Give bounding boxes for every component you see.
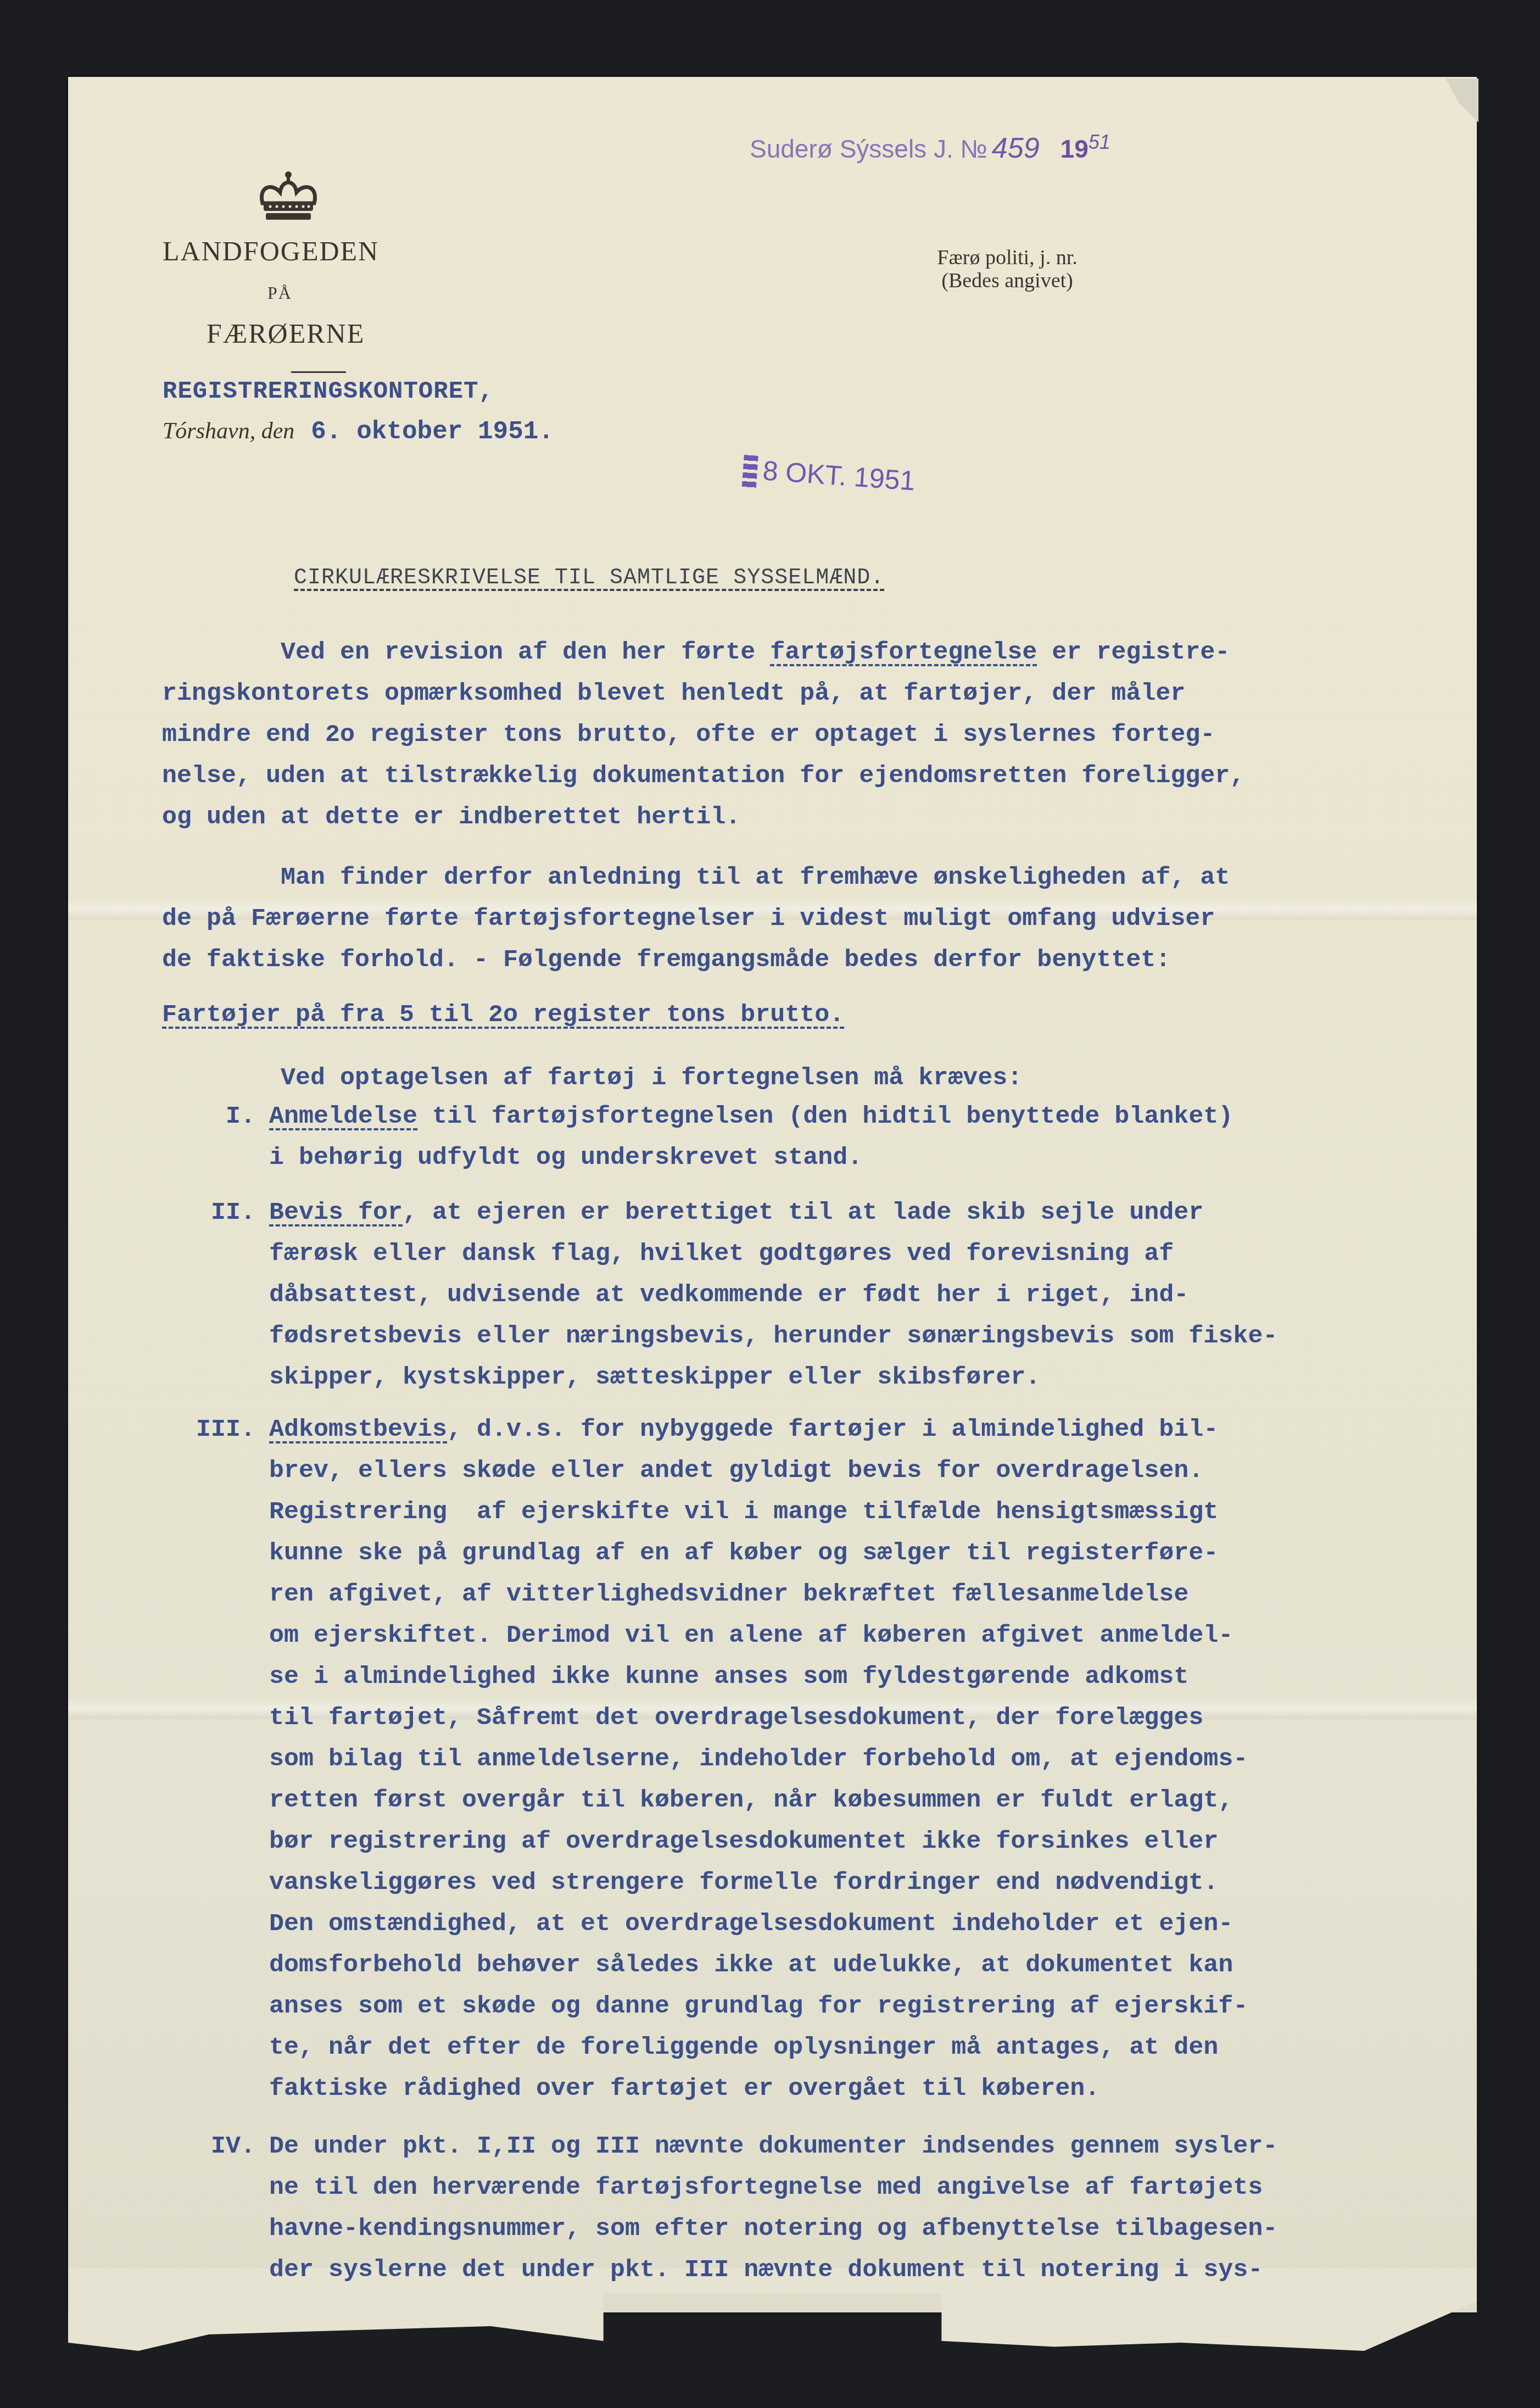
text-line: de på Færøerne førte fartøjsfortegnelser…	[162, 898, 1392, 939]
item-number: III.	[162, 1409, 255, 1450]
letterhead-divider	[291, 371, 346, 373]
item-keyword: Anmeldelse	[269, 1102, 417, 1130]
police-reference: Færø politi, j. nr. (Bedes angivet)	[903, 246, 1112, 292]
letterhead-title: LANDFOGEDEN	[163, 235, 379, 267]
text-line: Bevis for, at ejeren er berettiget til a…	[269, 1192, 1277, 1233]
letterhead-region: FÆRØERNE	[207, 317, 365, 349]
text-line: anses som et skøde og danne grundlag for…	[269, 1986, 1248, 2027]
text-line: nelse, uden at tilstrækkelig dokumentati…	[162, 755, 1392, 796]
journal-stamp: Suderø Sýssels J. №4591951	[750, 131, 1111, 165]
text-line: færøsk eller dansk flag, hvilket godtgør…	[269, 1233, 1277, 1274]
crown-icon	[258, 170, 319, 222]
text-line: om ejerskiftet. Derimod vil en alene af …	[269, 1615, 1248, 1656]
text-line: havne-kendingsnummer, som efter notering…	[269, 2208, 1277, 2249]
text-line: der syslerne det under pkt. III nævnte d…	[269, 2249, 1277, 2290]
stamp-bar-icon	[742, 455, 758, 489]
text-line: retten først overgår til køberen, når kø…	[269, 1780, 1248, 1821]
item-number: IV.	[162, 2126, 255, 2167]
text-line: faktiske rådighed over fartøjet er overg…	[269, 2068, 1248, 2109]
text-line: dåbsattest, udvisende at vedkommende er …	[269, 1274, 1277, 1316]
text-line: som bilag til anmeldelserne, indeholder …	[269, 1738, 1248, 1780]
date-line: Tórshavn, den6. oktober 1951.	[163, 417, 554, 446]
item-number: II.	[162, 1192, 255, 1233]
text-line: ren afgivet, af vitterlighedsvidner bekr…	[269, 1574, 1248, 1615]
journal-number: 459	[992, 132, 1040, 164]
text-line: De under pkt. I,II og III nævnte dokumen…	[269, 2126, 1277, 2167]
text-line: Adkomstbevis, d.v.s. for nybyggede fartø…	[269, 1409, 1248, 1450]
item-number: I.	[162, 1096, 255, 1137]
police-reference-line1: Færø politi, j. nr.	[903, 246, 1112, 269]
police-reference-line2: (Bedes angivet)	[903, 269, 1112, 292]
text-line: kunne ske på grundlag af en af køber og …	[269, 1532, 1248, 1574]
text-line: domsforbehold behøver således ikke at ud…	[269, 1944, 1248, 1986]
text-segment: , d.v.s. for nybyggede fartøjer i almind…	[447, 1415, 1218, 1443]
journal-year-suffix: 51	[1089, 131, 1111, 153]
text-line: vanskeliggøres ved strengere formelle fo…	[269, 1862, 1248, 1903]
letterhead-pa: PÅ	[267, 283, 292, 303]
text-line: Anmeldelse til fartøjsfortegnelsen (den …	[269, 1096, 1233, 1137]
text-segment: , at ejeren er berettiget til at lade sk…	[403, 1199, 1203, 1227]
text-line: de faktiske forhold. - Følgende fremgang…	[162, 939, 1392, 980]
item-keyword: Adkomstbevis	[269, 1415, 447, 1443]
text-line: Ved en revision af den her førte fartøjs…	[162, 632, 1392, 673]
text-segment: til fartøjsfortegnelsen (den hidtil beny…	[417, 1102, 1233, 1130]
text-segment: Ved en revision af den her førte	[162, 638, 770, 666]
place-label: Tórshavn, den	[163, 419, 294, 444]
item-keyword: Bevis for	[269, 1199, 403, 1227]
text-line: skipper, kystskipper, sætteskipper eller…	[269, 1357, 1277, 1398]
item-text: Adkomstbevis, d.v.s. for nybyggede fartø…	[269, 1409, 1248, 2109]
text-line: i behørig udfyldt og underskrevet stand.	[269, 1137, 1233, 1178]
text-line: se i almindelighed ikke kunne anses som …	[269, 1656, 1248, 1697]
text-line: ringskontorets opmærksomhed blevet henle…	[162, 673, 1392, 714]
text-line: og uden at dette er indberettet hertil.	[162, 796, 1392, 838]
office-name: REGISTRERINGSKONTORET,	[163, 378, 494, 405]
text-line: mindre end 2o register tons brutto, ofte…	[162, 714, 1392, 755]
journal-stamp-text: Suderø Sýssels J. №	[750, 135, 987, 163]
text-line: Den omstændighed, at et overdragelsesdok…	[269, 1903, 1248, 1944]
journal-year-prefix: 19	[1061, 135, 1089, 163]
letter-date: 6. oktober 1951.	[311, 417, 554, 446]
requirements-intro: Ved optagelsen af fartøj i fortegnelsen …	[162, 1057, 1392, 1099]
text-segment: er registre-	[1037, 638, 1230, 666]
item-text: Anmeldelse til fartøjsfortegnelsen (den …	[269, 1096, 1233, 1178]
text-line: til fartøjet, Såfremt det overdragelsesd…	[269, 1697, 1248, 1738]
paragraph-1: Ved en revision af den her førte fartøjs…	[162, 632, 1392, 838]
text-line: ne til den herværende fartøjsfortegnelse…	[269, 2167, 1277, 2208]
text-line: Ved optagelsen af fartøj i fortegnelsen …	[162, 1057, 1392, 1099]
item-text: De under pkt. I,II og III nævnte dokumen…	[269, 2126, 1277, 2290]
text-line: Man finder derfor anledning til at fremh…	[162, 857, 1392, 898]
text-line: Registrering af ejerskifte vil i mange t…	[269, 1491, 1248, 1532]
section-heading-text: Fartøjer på fra 5 til 2o register tons b…	[162, 994, 1392, 1035]
text-line: brev, ellers skøde eller andet gyldigt b…	[269, 1450, 1248, 1491]
text-line: fødsretsbevis eller næringsbevis, herund…	[269, 1316, 1277, 1357]
text-line: te, når det efter de foreliggende oplysn…	[269, 2027, 1248, 2068]
section-heading: Fartøjer på fra 5 til 2o register tons b…	[162, 994, 1392, 1035]
document-heading: CIRKULÆRESKRIVELSE TIL SAMTLIGE SYSSELMÆ…	[294, 566, 884, 590]
item-text: Bevis for, at ejeren er berettiget til a…	[269, 1192, 1277, 1398]
underlined-term: fartøjsfortegnelse	[770, 638, 1037, 666]
paragraph-2: Man finder derfor anledning til at fremh…	[162, 857, 1392, 980]
text-line: bør registrering af overdragelsesdokumen…	[269, 1821, 1248, 1862]
